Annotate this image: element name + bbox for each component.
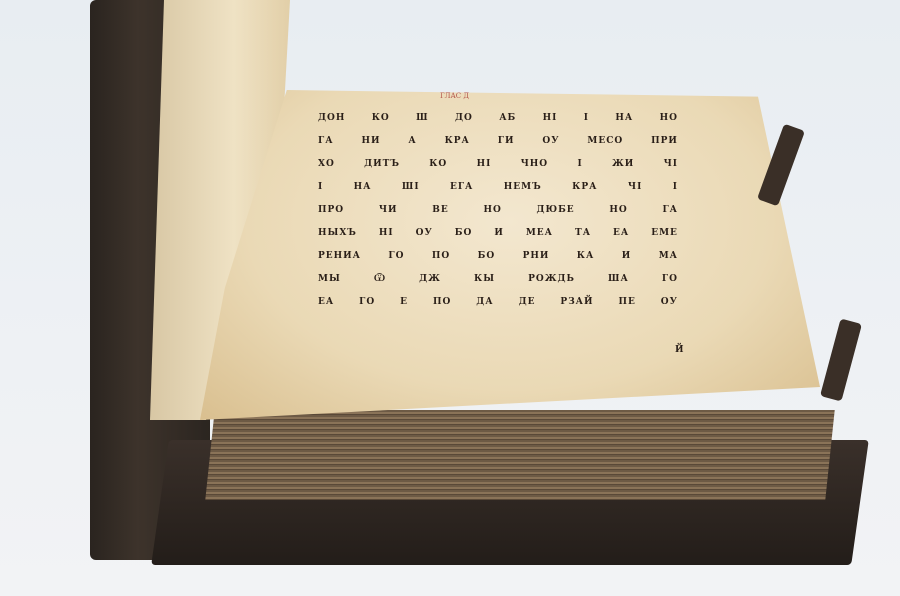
book-photo: ГЛАС Д ДОНКОШДОАБНІІНАНО ГАНИАКРАГИОУМЕС… — [0, 0, 900, 596]
text-line: ЕАГОЕПОДАДЕРЗАЙПЕОУ — [318, 284, 678, 307]
page-mark: Й — [675, 345, 684, 355]
page-block-edge — [205, 410, 834, 500]
text-line: МЫѾДЖКЫРОЖДЬШАГО — [318, 261, 678, 284]
text-line: ІНАШІЕГАНЕМЪКРАЧІІ — [318, 169, 678, 192]
text-line: ДОНКОШДОАБНІІНАНО — [318, 100, 678, 123]
text-line: ПРОЧИВЕНОДЮБЕНОГА — [318, 192, 678, 215]
chant-text: ДОНКОШДОАБНІІНАНО ГАНИАКРАГИОУМЕСОПРИ ХО… — [318, 100, 678, 307]
text-line: ГАНИАКРАГИОУМЕСОПРИ — [318, 123, 678, 146]
text-line: РЕНИАГОПОБОРНИКАИМА — [318, 238, 678, 261]
clasp-bottom — [820, 319, 862, 402]
text-line: НЫХЪНІОУБОИМЕАТАЕАЕМЕ — [318, 215, 678, 238]
page-header: ГЛАС Д — [440, 92, 469, 100]
text-line: ХОДИТЪКОНІЧНОІЖИЧІ — [318, 146, 678, 169]
